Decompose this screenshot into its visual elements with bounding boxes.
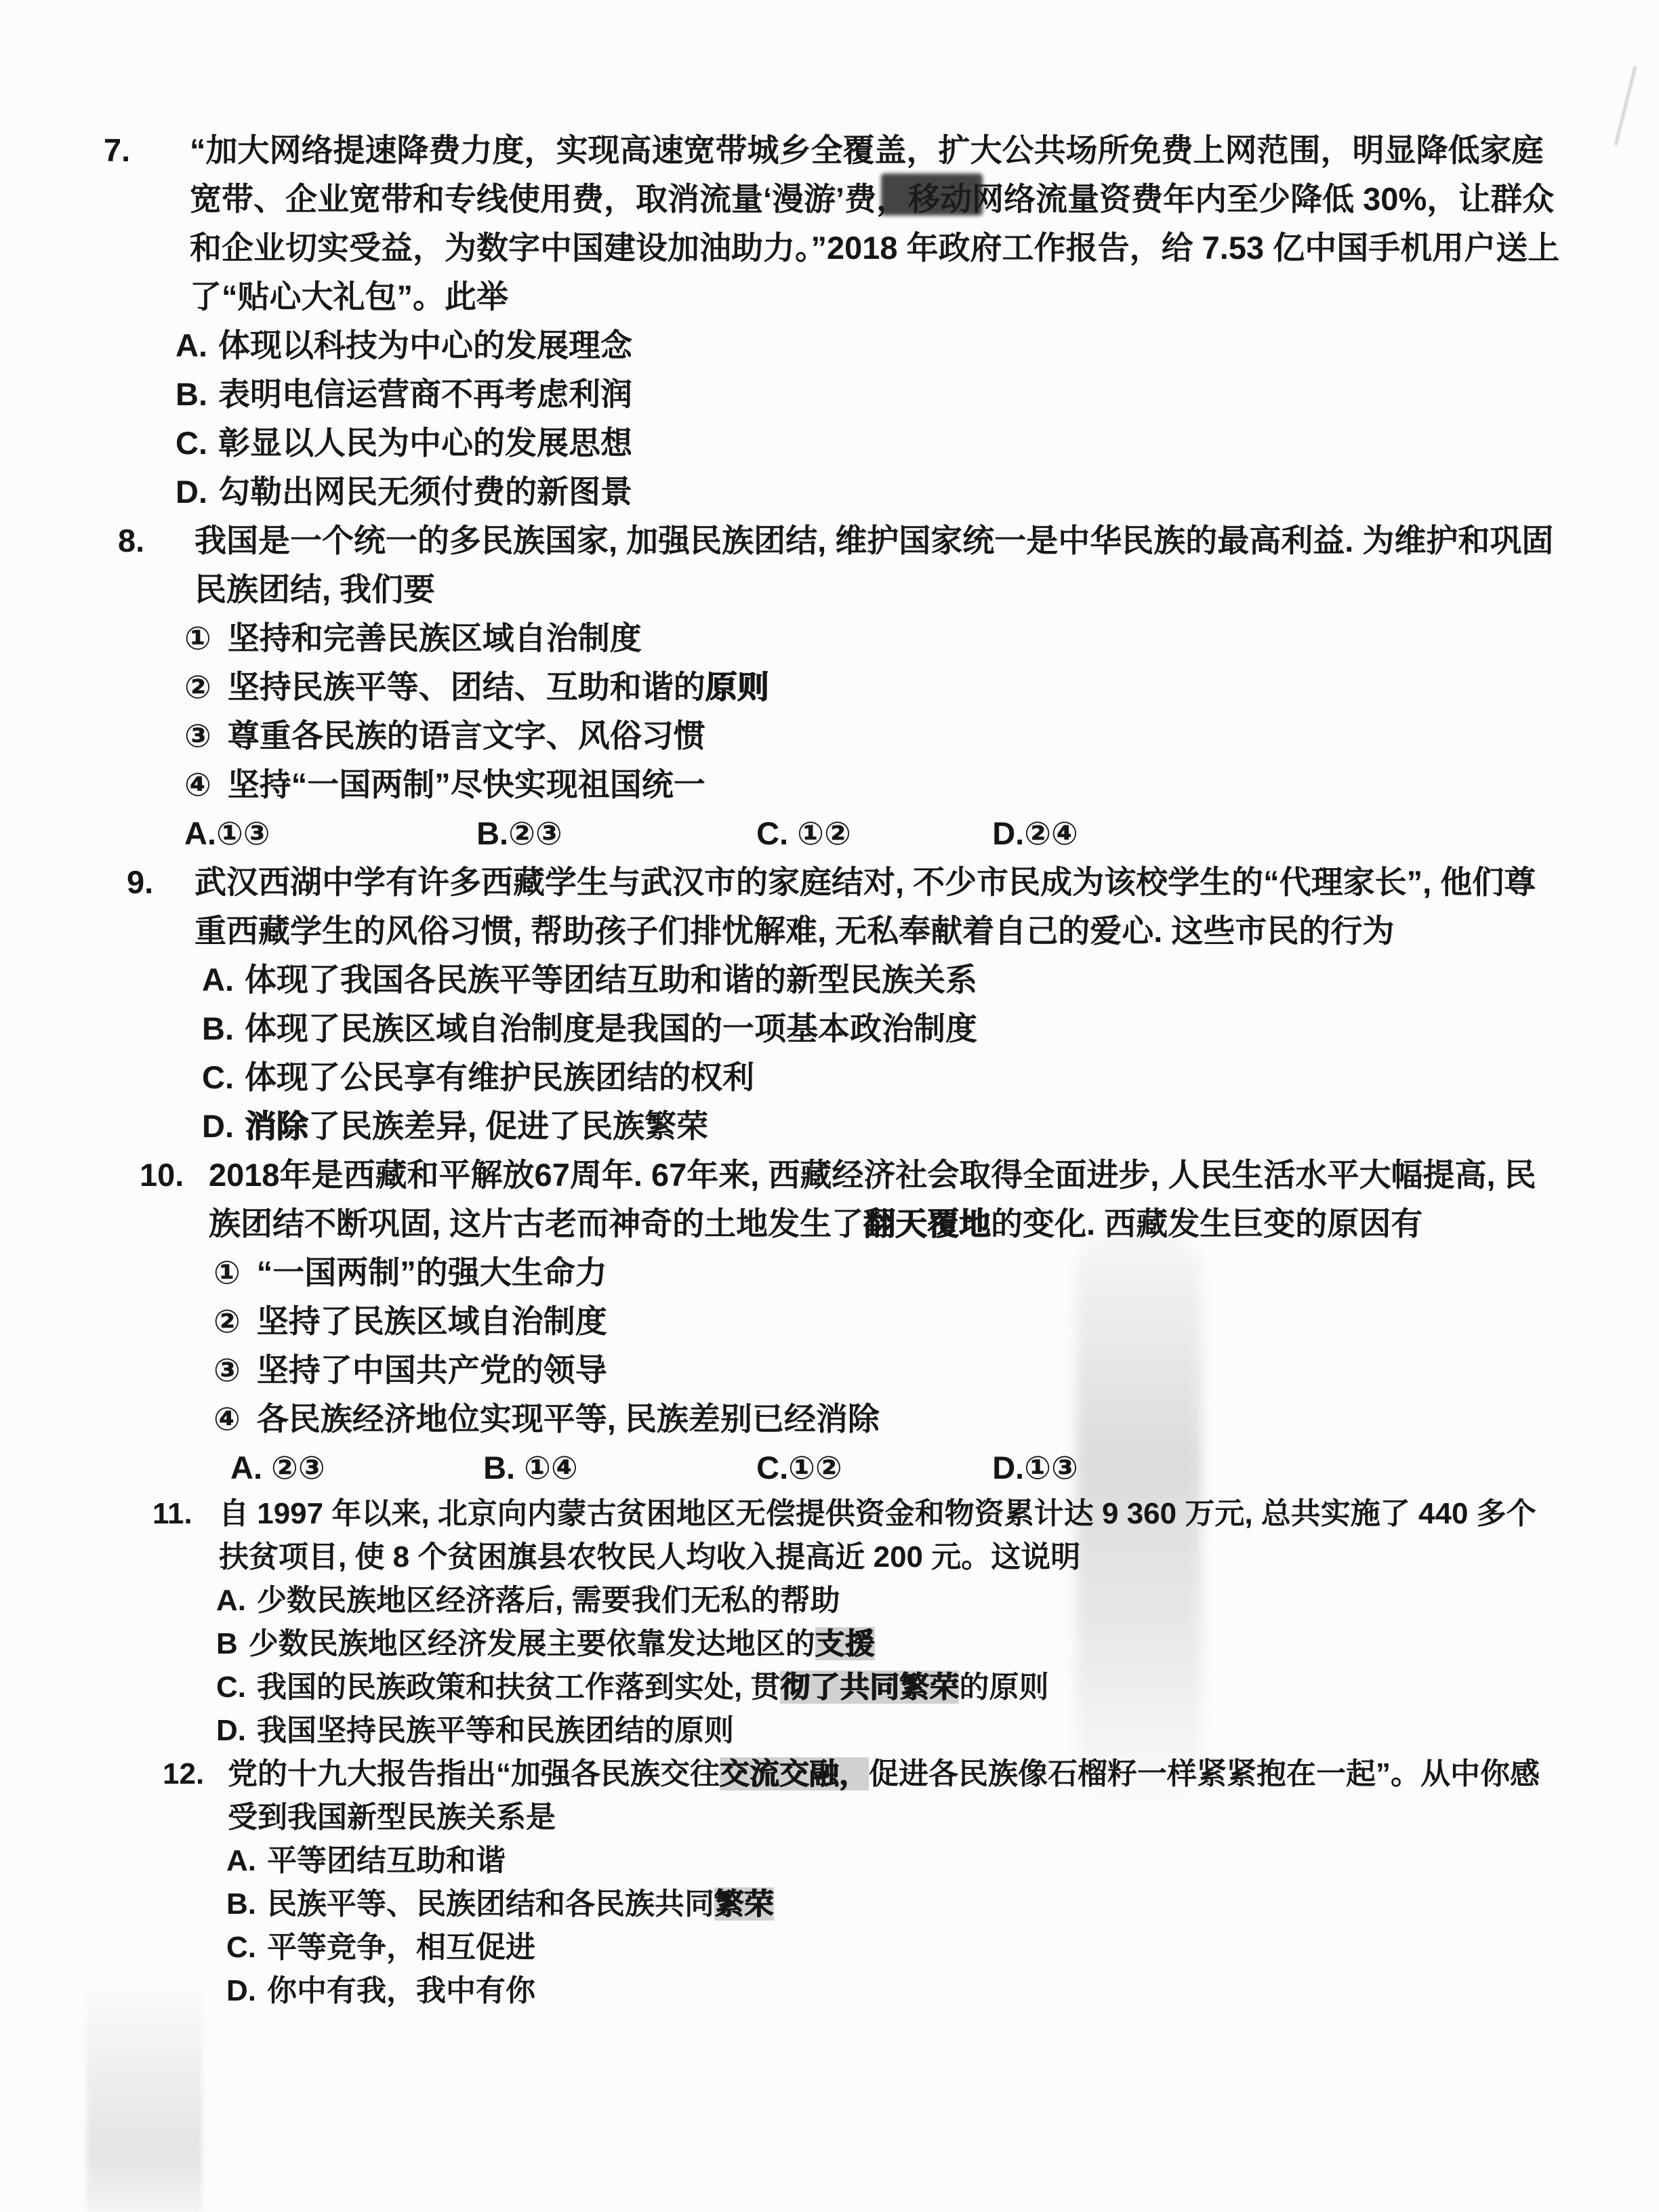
- option-label: B.: [176, 370, 207, 419]
- option-label: B.: [226, 1883, 256, 1926]
- option-label: D.: [216, 1709, 246, 1753]
- statement-label: ③: [213, 1346, 241, 1395]
- option-D: D. 我国坚持民族平等和民族团结的原则: [216, 1709, 1564, 1753]
- option-label: A.: [202, 956, 234, 1004]
- question-stem: 自 1997 年以来, 北京向内蒙古贫困地区无偿提供资金和物资累计达 9 360…: [219, 1492, 1564, 1579]
- statement-2: ② 坚持民族平等、团结、互助和谐的原则: [184, 663, 1564, 712]
- statement-text: 坚持“一国两制”尽快实现祖国统一: [228, 760, 705, 809]
- question-number: 9.: [127, 858, 194, 907]
- question-stem-row: 11. 自 1997 年以来, 北京向内蒙古贫困地区无偿提供资金和物资累计达 9…: [152, 1492, 1564, 1579]
- option-B: B. 表明电信运营商不再考虑利润: [176, 370, 1564, 419]
- exam-page: 7. “加大网络提速降费力度，实现高速宽带城乡全覆盖，扩大公共场所免费上网范围，…: [0, 0, 1659, 2212]
- option-C: C. 我国的民族政策和扶贫工作落到实处, 贯彻了共同繁荣的原则: [216, 1666, 1564, 1709]
- option-label: D.: [202, 1102, 234, 1151]
- statement-4: ④ 各民族经济地位实现平等, 民族差别已经消除: [213, 1395, 1564, 1443]
- option-B: B. 民族平等、民族团结和各民族共同繁荣: [226, 1883, 1564, 1926]
- statement-label: ①: [213, 1248, 241, 1297]
- option-label: B.: [202, 1004, 234, 1053]
- question-number: 8.: [118, 516, 194, 565]
- statement-3: ③ 坚持了中国共产党的领导: [213, 1346, 1564, 1395]
- question-12: 12. 党的十九大报告指出“加强各民族交往交流交融，促进各民族像石榴籽一样紧紧抱…: [163, 1753, 1564, 2013]
- question-stem-row: 7. “加大网络提速降费力度，实现高速宽带城乡全覆盖，扩大公共场所免费上网范围，…: [104, 126, 1564, 321]
- option-text: 少数民族地区经济发展主要依靠发达地区的支援: [249, 1622, 875, 1666]
- option-label: A.: [226, 1839, 256, 1883]
- option-label: D.: [176, 468, 207, 516]
- option-label: B: [216, 1622, 238, 1666]
- answer-choice-A: A. ②③: [230, 1443, 474, 1492]
- statement-2: ② 坚持了民族区域自治制度: [213, 1297, 1564, 1346]
- option-label: A.: [176, 321, 207, 370]
- statement-text: 各民族经济地位实现平等, 民族差别已经消除: [257, 1395, 880, 1443]
- option-text: 我国坚持民族平等和民族团结的原则: [257, 1709, 734, 1753]
- option-text: 我国的民族政策和扶贫工作落到实处, 贯彻了共同繁荣的原则: [257, 1666, 1048, 1709]
- option-A: A. 平等团结互助和谐: [226, 1839, 1564, 1883]
- answer-choice-C: C.①②: [756, 1443, 983, 1492]
- question-number: 11.: [152, 1492, 219, 1536]
- option-text: 民族平等、民族团结和各民族共同繁荣: [267, 1883, 774, 1926]
- question-stem: 党的十九大报告指出“加强各民族交往交流交融，促进各民族像石榴籽一样紧紧抱在一起”…: [228, 1753, 1564, 1839]
- option-label: D.: [226, 1969, 256, 2013]
- option-A: A. 体现了我国各民族平等团结互助和谐的新型民族关系: [202, 956, 1564, 1004]
- option-C: C. 体现了公民享有维护民族团结的权利: [202, 1053, 1564, 1102]
- option-text: 体现了公民享有维护民族团结的权利: [245, 1053, 754, 1102]
- statement-label: ③: [184, 712, 211, 760]
- question-number: 7.: [104, 126, 190, 175]
- option-text: 体现了我国各民族平等团结互助和谐的新型民族关系: [245, 956, 977, 1004]
- option-D: D. 你中有我，我中有你: [226, 1969, 1564, 2013]
- statement-label: ④: [213, 1395, 241, 1443]
- option-D: D. 消除了民族差异, 促进了民族繁荣: [202, 1102, 1564, 1151]
- statement-text: 坚持民族平等、团结、互助和谐的原则: [228, 663, 769, 712]
- answer-choice-C: C. ①②: [756, 809, 983, 858]
- option-text: 少数民族地区经济落后, 需要我们无私的帮助: [257, 1579, 840, 1622]
- question-number: 12.: [163, 1753, 228, 1796]
- option-text: 彰显以人民为中心的发展思想: [218, 419, 632, 468]
- question-stem: 2018年是西藏和平解放67周年. 67年来, 西藏经济社会取得全面进步, 人民…: [209, 1151, 1564, 1248]
- question-9: 9. 武汉西湖中学有许多西藏学生与武汉市的家庭结对, 不少市民成为该校学生的“代…: [127, 858, 1564, 1151]
- option-A: A. 少数民族地区经济落后, 需要我们无私的帮助: [216, 1579, 1564, 1622]
- question-stem-row: 8. 我国是一个统一的多民族国家, 加强民族团结, 维护国家统一是中华民族的最高…: [118, 516, 1564, 614]
- option-B: B 少数民族地区经济发展主要依靠发达地区的支援: [216, 1622, 1564, 1666]
- question-stem-row: 12. 党的十九大报告指出“加强各民族交往交流交融，促进各民族像石榴籽一样紧紧抱…: [163, 1753, 1564, 1839]
- statement-label: ①: [184, 614, 211, 663]
- statement-1: ① “一国两制”的强大生命力: [213, 1248, 1564, 1297]
- option-text: 平等竞争，相互促进: [267, 1926, 535, 1969]
- statement-text: 坚持和完善民族区域自治制度: [228, 614, 642, 663]
- statement-text: 尊重各民族的语言文字、风俗习惯: [228, 712, 705, 760]
- statement-text: “一国两制”的强大生命力: [257, 1248, 607, 1297]
- option-label: C.: [226, 1926, 256, 1969]
- question-stem-row: 9. 武汉西湖中学有许多西藏学生与武汉市的家庭结对, 不少市民成为该校学生的“代…: [127, 858, 1564, 956]
- option-text: 消除了民族差异, 促进了民族繁荣: [245, 1102, 708, 1151]
- answer-choice-B: B.②③: [476, 809, 747, 858]
- answer-choice-A: A.①③: [184, 809, 468, 858]
- option-text: 勾勒出网民无须付费的新图景: [218, 468, 632, 516]
- statement-text: 坚持了民族区域自治制度: [257, 1297, 607, 1346]
- option-label: C.: [176, 419, 207, 468]
- question-stem: 我国是一个统一的多民族国家, 加强民族团结, 维护国家统一是中华民族的最高利益.…: [194, 516, 1564, 614]
- option-D: D. 勾勒出网民无须付费的新图景: [176, 468, 1564, 516]
- option-B: B. 体现了民族区域自治制度是我国的一项基本政治制度: [202, 1004, 1564, 1053]
- statement-3: ③ 尊重各民族的语言文字、风俗习惯: [184, 712, 1564, 760]
- option-C: C. 彰显以人民为中心的发展思想: [176, 419, 1564, 468]
- option-label: C.: [216, 1666, 246, 1709]
- option-text: 你中有我，我中有你: [267, 1969, 535, 2013]
- statement-text: 坚持了中国共产党的领导: [257, 1346, 607, 1395]
- scan-noise-streak: [87, 1979, 202, 2212]
- scan-corner-line: [1614, 66, 1637, 146]
- option-text: 平等团结互助和谐: [267, 1839, 506, 1883]
- statement-1: ① 坚持和完善民族区域自治制度: [184, 614, 1564, 663]
- question-10: 10. 2018年是西藏和平解放67周年. 67年来, 西藏经济社会取得全面进步…: [140, 1151, 1564, 1492]
- statement-label: ②: [184, 663, 211, 712]
- question-11: 11. 自 1997 年以来, 北京向内蒙古贫困地区无偿提供资金和物资累计达 9…: [152, 1492, 1564, 1753]
- answer-choice-B: B. ①④: [483, 1443, 747, 1492]
- question-stem: 武汉西湖中学有许多西藏学生与武汉市的家庭结对, 不少市民成为该校学生的“代理家长…: [194, 858, 1564, 956]
- answer-choices-row: A. ②③ B. ①④ C.①② D.①③: [230, 1443, 1564, 1492]
- option-text: 体现了民族区域自治制度是我国的一项基本政治制度: [245, 1004, 977, 1053]
- option-text: 体现以科技为中心的发展理念: [218, 321, 632, 370]
- option-label: C.: [202, 1053, 234, 1102]
- question-7: 7. “加大网络提速降费力度，实现高速宽带城乡全覆盖，扩大公共场所免费上网范围，…: [104, 126, 1564, 516]
- statement-label: ②: [213, 1297, 241, 1346]
- answer-choice-D: D.②④: [992, 809, 1078, 858]
- option-text: 表明电信运营商不再考虑利润: [218, 370, 632, 419]
- question-stem: “加大网络提速降费力度，实现高速宽带城乡全覆盖，扩大公共场所免费上网范围，明显降…: [190, 126, 1564, 321]
- option-label: A.: [216, 1579, 246, 1622]
- statement-4: ④ 坚持“一国两制”尽快实现祖国统一: [184, 760, 1564, 809]
- question-number: 10.: [140, 1151, 209, 1200]
- question-stem-row: 10. 2018年是西藏和平解放67周年. 67年来, 西藏经济社会取得全面进步…: [140, 1151, 1564, 1248]
- question-8: 8. 我国是一个统一的多民族国家, 加强民族团结, 维护国家统一是中华民族的最高…: [118, 516, 1564, 858]
- option-C: C. 平等竞争，相互促进: [226, 1926, 1564, 1969]
- answer-choice-D: D.①③: [992, 1443, 1078, 1492]
- option-A: A. 体现以科技为中心的发展理念: [176, 321, 1564, 370]
- statement-label: ④: [184, 760, 211, 809]
- answer-choices-row: A.①③ B.②③ C. ①② D.②④: [184, 809, 1564, 858]
